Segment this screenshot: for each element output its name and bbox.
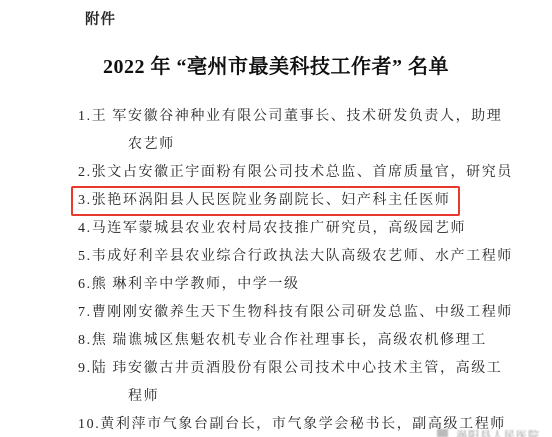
entry-desc: 安徽古井贡酒股份有限公司技术中心技术主管，高级工程师: [128, 355, 506, 411]
entry-name: 3.张艳环: [78, 187, 139, 215]
list-item: 8.焦 瑞 谯城区焦魁农机专业合作社理事长，高级农机修理工: [78, 327, 538, 355]
list-item: 6.熊 琳 利辛中学教师，中学一级: [78, 271, 538, 299]
awardee-list: 1.王 军 安徽谷神种业有限公司董事长、技术研发负责人，助理农艺师 2.张文占 …: [78, 103, 538, 437]
entry-desc: 利辛县农业综合行政执法大队高级农艺师、水产工程师: [139, 243, 517, 271]
list-item-highlighted: 3.张艳环 涡阳县人民医院业务副院长、妇产科主任医师: [78, 187, 538, 215]
list-item: 4.马连军 蒙城县农业农村局农技推广研究员，高级园艺师: [78, 215, 538, 243]
list-item: 9.陆 玮 安徽古井贡酒股份有限公司技术中心技术主管，高级工程师: [78, 355, 538, 411]
entry-name: 4.马连军: [78, 215, 139, 243]
entry-name: 8.焦 瑞: [78, 327, 128, 355]
watermark-text: 涡阳县人民医院: [456, 427, 540, 437]
watermark-icon: [437, 429, 448, 437]
entry-desc: 利辛中学教师，中学一级: [128, 271, 506, 299]
list-item: 5.韦成好 利辛县农业综合行政执法大队高级农艺师、水产工程师: [78, 243, 538, 271]
entry-name: 5.韦成好: [78, 243, 139, 271]
entry-desc: 谯城区焦魁农机专业合作社理事长，高级农机修理工: [128, 327, 506, 355]
entry-name: 6.熊 琳: [78, 271, 128, 299]
entry-name: 1.王 军: [78, 103, 128, 159]
entry-desc: 蒙城县农业农村局农技推广研究员，高级园艺师: [139, 215, 517, 243]
entry-desc: 涡阳县人民医院业务副院长、妇产科主任医师: [139, 187, 517, 215]
list-item: 2.张文占 安徽正宇面粉有限公司技术总监、首席质量官，研究员: [78, 159, 538, 187]
entry-desc: 安徽正宇面粉有限公司技术总监、首席质量官，研究员: [139, 159, 517, 187]
entry-name: 9.陆 玮: [78, 355, 128, 411]
entry-name: 7.曹刚刚: [78, 299, 139, 327]
entry-desc: 安徽谷神种业有限公司董事长、技术研发负责人，助理农艺师: [128, 103, 506, 159]
attachment-label: 附件: [85, 8, 116, 29]
source-watermark: 涡阳县人民医院: [437, 427, 540, 437]
list-item: 7.曹刚刚 安徽养生天下生物科技有限公司研发总监、中级工程师: [78, 299, 538, 327]
entry-name: 10.黄利萍: [78, 411, 147, 437]
document-page: 附件 2022 年 “亳州市最美科技工作者” 名单 1.王 军 安徽谷神种业有限…: [0, 0, 552, 437]
entry-name: 2.张文占: [78, 159, 139, 187]
page-title: 2022 年 “亳州市最美科技工作者” 名单: [0, 50, 552, 79]
entry-desc: 安徽养生天下生物科技有限公司研发总监、中级工程师: [139, 299, 517, 327]
list-item: 1.王 军 安徽谷神种业有限公司董事长、技术研发负责人，助理农艺师: [78, 103, 538, 159]
